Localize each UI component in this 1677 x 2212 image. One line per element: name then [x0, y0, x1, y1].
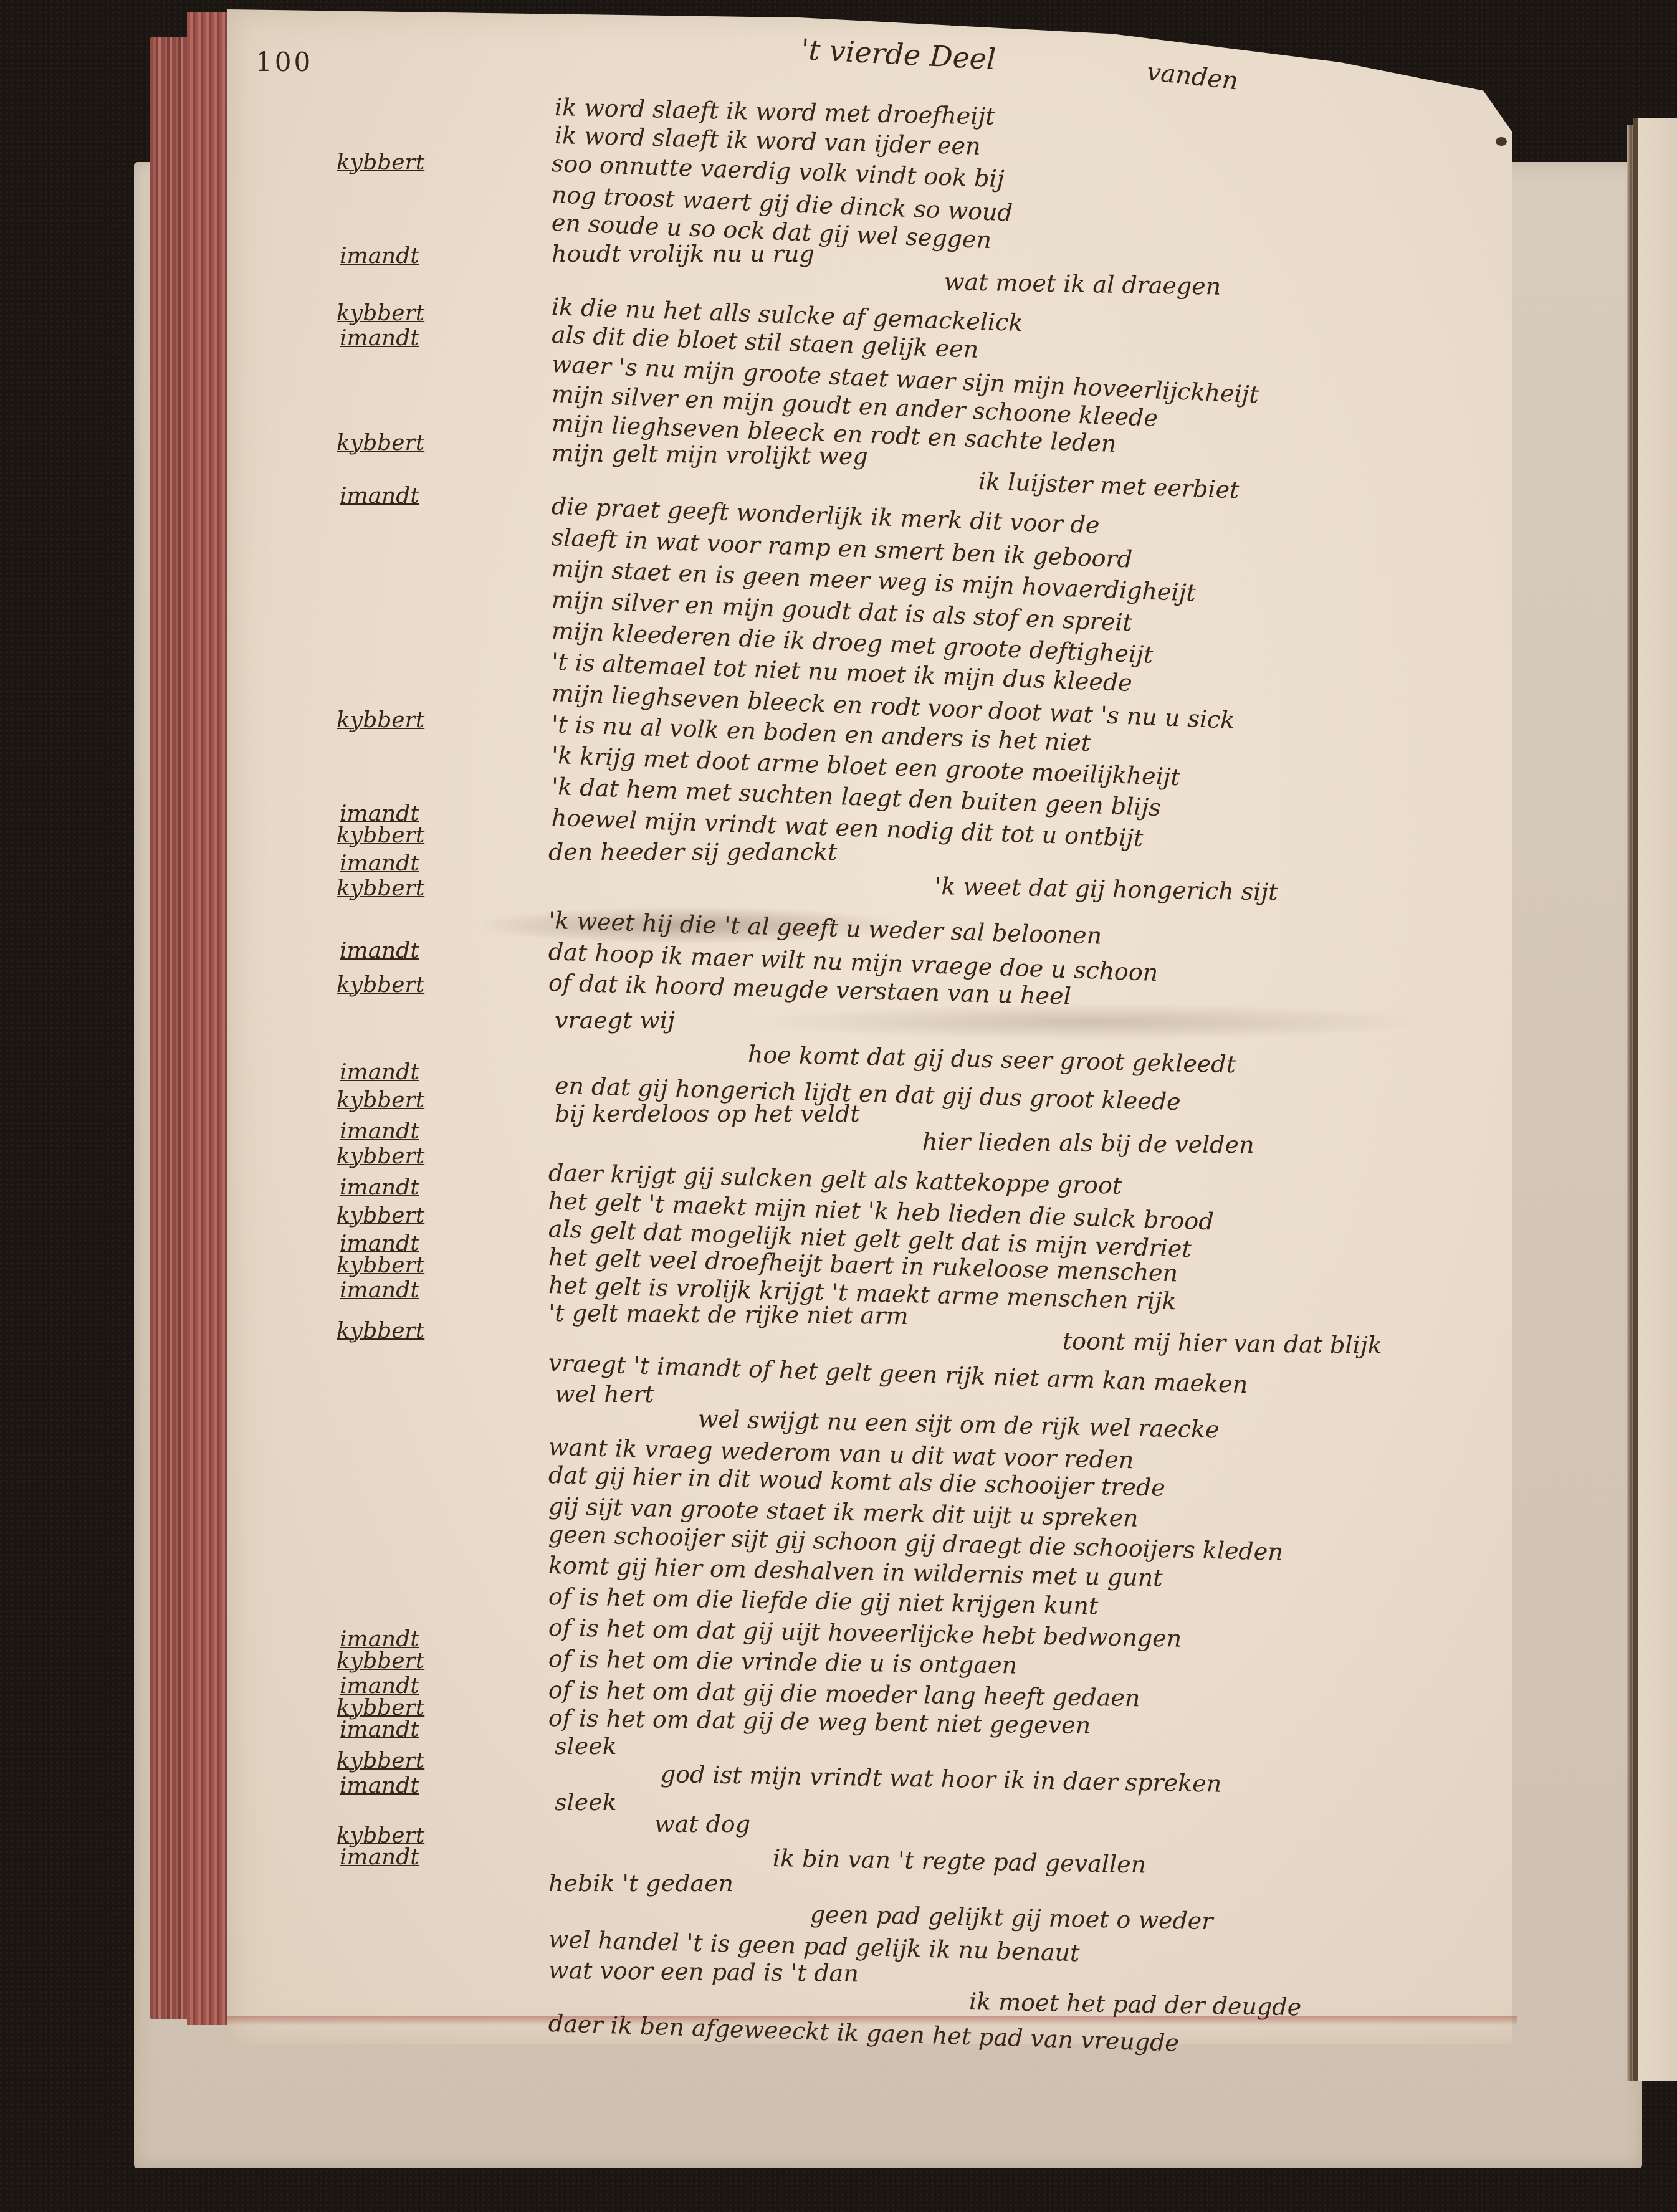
- speaker-label: kybbert: [337, 1252, 424, 1278]
- speaker-label: imandt: [340, 1773, 419, 1798]
- page-number: 100: [256, 47, 313, 77]
- speaker-label: kybbert: [337, 1648, 424, 1674]
- speaker-label: imandt: [340, 1277, 419, 1303]
- ink-smudge: [748, 1003, 1433, 1041]
- manuscript-line: den heeder sij gedanckt: [548, 838, 837, 865]
- speaker-label: imandt: [340, 483, 419, 508]
- manuscript-line: houdt vrolijk nu u rug: [552, 240, 815, 267]
- speaker-label: kybbert: [337, 707, 424, 733]
- speaker-label: kybbert: [337, 822, 424, 848]
- speaker-label: imandt: [340, 1844, 419, 1870]
- manuscript-line: vraegt wij: [555, 1006, 675, 1034]
- speaker-label: imandt: [340, 1118, 419, 1144]
- speaker-label: imandt: [340, 851, 419, 876]
- speaker-label: kybbert: [337, 1748, 424, 1773]
- speaker-label: imandt: [340, 1175, 419, 1200]
- speaker-label: kybbert: [337, 972, 424, 998]
- speaker-label: imandt: [340, 1717, 419, 1742]
- manuscript-line: wat moet ik al draegen: [944, 268, 1221, 300]
- speaker-label: kybbert: [337, 1087, 424, 1113]
- speaker-label: kybbert: [337, 1143, 424, 1169]
- manuscript-line: mijn gelt mijn vrolijkt weg: [552, 439, 868, 470]
- manuscript-line: 't gelt maekt de rijke niet arm: [548, 1299, 909, 1330]
- manuscript-line: hebik 't gedaen: [548, 1869, 733, 1897]
- speaker-label: kybbert: [337, 1318, 424, 1343]
- speaker-label: kybbert: [337, 300, 424, 326]
- speaker-label: kybbert: [337, 875, 424, 901]
- manuscript-line: sleek: [555, 1732, 617, 1760]
- manuscript-line: sleek: [555, 1788, 617, 1816]
- manuscript-line: wel hert: [555, 1380, 654, 1408]
- speaker-label: imandt: [340, 243, 419, 269]
- speaker-label: kybbert: [337, 150, 424, 175]
- manuscript-line: wat voor een pad is 't dan: [548, 1957, 859, 1987]
- speaker-label: kybbert: [337, 1203, 424, 1228]
- speaker-label: imandt: [340, 325, 419, 351]
- speaker-label: imandt: [340, 1059, 419, 1085]
- speaker-label: kybbert: [337, 430, 424, 455]
- wormhole-mark: [1496, 137, 1507, 146]
- manuscript-line: wat dog: [654, 1810, 750, 1838]
- manuscript-line: bij kerdeloos op het veldt: [555, 1100, 860, 1127]
- facing-page: [1633, 118, 1677, 2081]
- manuscript-line: ik moet het pad der deugde: [969, 1988, 1302, 2021]
- speaker-label: imandt: [340, 938, 419, 963]
- manuscript-line: hier lieden als bij de velden: [922, 1128, 1254, 1159]
- manuscript-line: toont mij hier van dat blijk: [1063, 1327, 1382, 1359]
